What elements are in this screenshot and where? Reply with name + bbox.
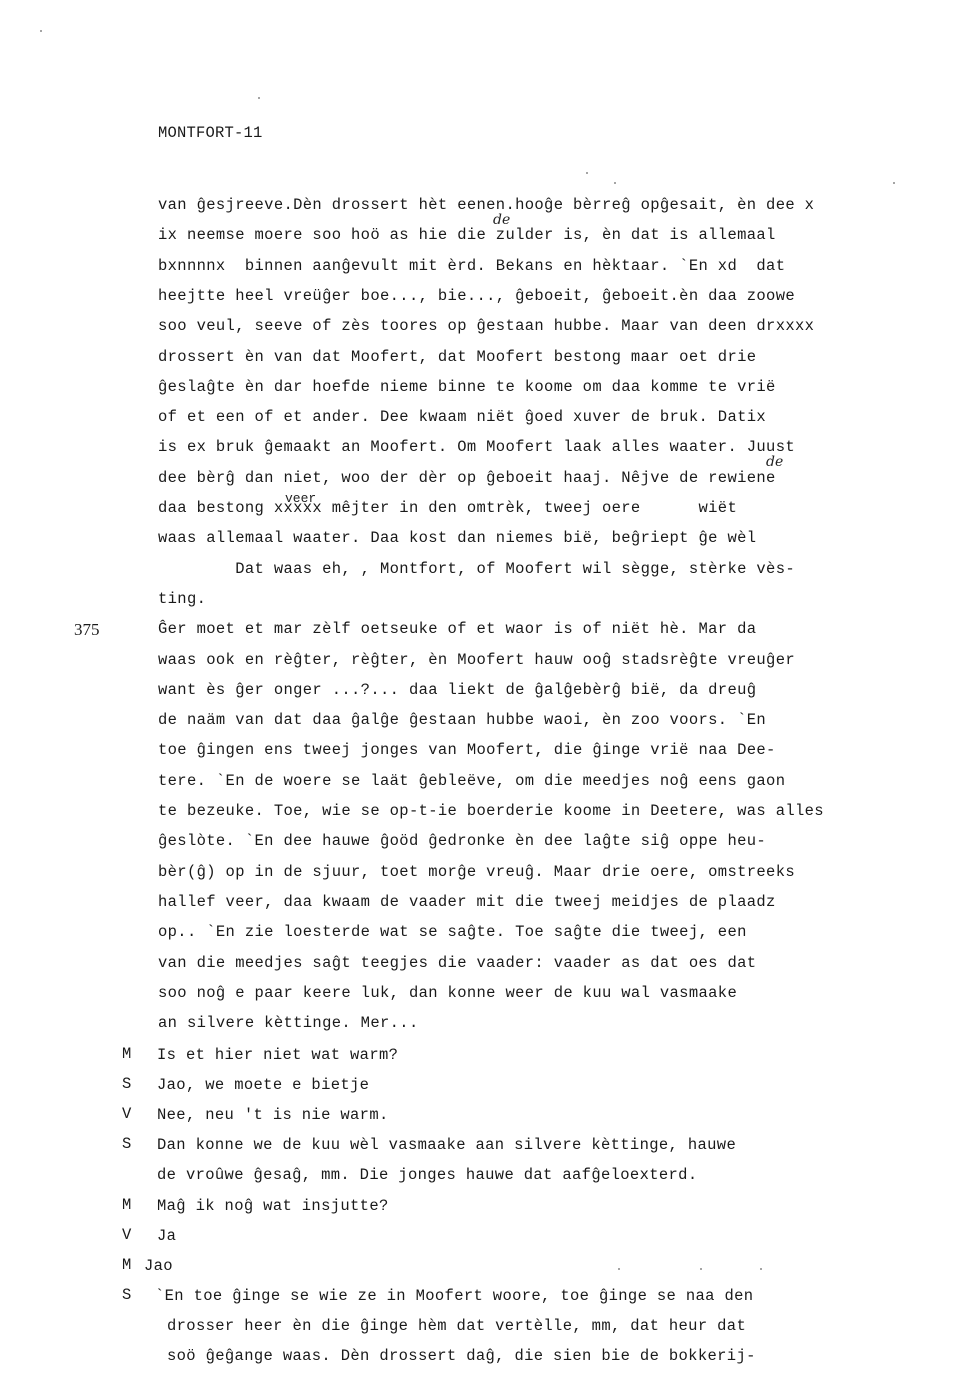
text-line: soo veul, seeve of zès toores op ĝestaan…	[158, 316, 814, 336]
text-line: daa bestong xxxxx mêjter in den omtrèk, …	[158, 498, 737, 518]
dialogue-line: Nee, neu 't is nie warm.	[157, 1105, 389, 1125]
page-header: MONTFORT-11	[158, 124, 263, 142]
dialogue-line: Jao	[144, 1256, 173, 1276]
dialogue-line: Ja	[157, 1226, 176, 1246]
text-line: waas ook en rèĝter, rèĝter, èn Moofert h…	[158, 650, 795, 670]
text-line: de naäm van dat daa ĝalĝe ĝestaan hubbe …	[158, 710, 766, 730]
text-line: van ĝesjreeve.Dèn drossert hèt eenen.hoo…	[158, 195, 814, 215]
text-line: hallef veer, daa kwaam de vaader mit die…	[158, 892, 776, 912]
text-line: ting.	[158, 589, 206, 609]
text-line: heejtte heel vreüĝer boe..., bie..., ĝeb…	[158, 286, 795, 306]
line-number: 375	[74, 620, 100, 640]
speaker-label: S	[122, 1286, 131, 1304]
text-line: dee bèrĝ dan niet, woo der dèr op ĝeboei…	[158, 468, 776, 488]
text-line: ĝeslòte. `En dee hauwe ĝoöd ĝedronke èn …	[158, 831, 766, 851]
text-line: ix neemse moere soo hoö as hie die zulde…	[158, 225, 776, 245]
text-line: waas allemaal waater. Daa kost dan nieme…	[158, 528, 756, 548]
text-line: drossert èn van dat Moofert, dat Moofert…	[158, 347, 756, 367]
speaker-label: V	[122, 1226, 131, 1244]
text-line: van die meedjes saĝt teegjes die vaader:…	[158, 953, 756, 973]
dialogue-line: Dan konne we de kuu wèl vasmaake aan sil…	[157, 1135, 736, 1155]
dialogue-line: Maĝ ik noĝ wat insjutte?	[157, 1196, 389, 1216]
speaker-label: M	[122, 1256, 131, 1274]
text-line: Ĝer moet et mar zèlf oetseuke of et waor…	[158, 619, 756, 639]
text-line: soo noĝ e paar keere luk, dan konne weer…	[158, 983, 737, 1003]
handwritten-annotation: veer	[285, 491, 316, 506]
text-line: toe ĝingen ens tweej jonges van Moofert,…	[158, 740, 776, 760]
text-line: Dat waas eh, , Montfort, of Moofert wil …	[158, 559, 795, 579]
dialogue-line: Is et hier niet wat warm?	[157, 1045, 398, 1065]
speaker-label: V	[122, 1105, 131, 1123]
text-line: bèr(ĝ) op in de sjuur, toet morĝe vreuĝ.…	[158, 862, 795, 882]
text-line: is ex bruk ĝemaakt an Moofert. Om Moofer…	[158, 437, 795, 457]
dialogue-line: Jao, we moete e bietje	[157, 1075, 369, 1095]
speaker-label: S	[122, 1135, 131, 1153]
text-line: op.. `En zie loesterde wat se saĝte. Toe…	[158, 922, 747, 942]
speaker-label: M	[122, 1045, 131, 1063]
text-line: ĝeslaĝte èn dar hoefde nieme binne te ko…	[158, 377, 776, 397]
dialogue-line: `En toe ĝinge se wie ze in Moofert woore…	[155, 1286, 753, 1306]
text-line: bxnnnnx binnen aanĝevult mit èrd. Bekans…	[158, 256, 785, 276]
text-line: want ès ĝer onger ...?... daa liekt de ĝ…	[158, 680, 756, 700]
text-line: te bezeuke. Toe, wie se op-t-ie boerderi…	[158, 801, 824, 821]
dialogue-line: de vroûwe ĝesaĝ, mm. Die jonges hauwe da…	[157, 1165, 697, 1185]
text-line: of et een of et ander. Dee kwaam niët ĝo…	[158, 407, 766, 427]
handwritten-annotation: de	[493, 212, 510, 228]
speaker-label: S	[122, 1075, 131, 1093]
text-line: an silvere kèttinge. Mer...	[158, 1013, 419, 1033]
dialogue-line: drosser heer èn die ĝinge hèm dat vertèl…	[167, 1316, 746, 1336]
dialogue-line: soö ĝeĝange waas. Dèn drossert daĝ, die …	[167, 1346, 756, 1366]
handwritten-annotation: de	[766, 454, 783, 470]
text-line: tere. `En de woere se laät ĝebleëve, om …	[158, 771, 785, 791]
speaker-label: M	[122, 1196, 131, 1214]
